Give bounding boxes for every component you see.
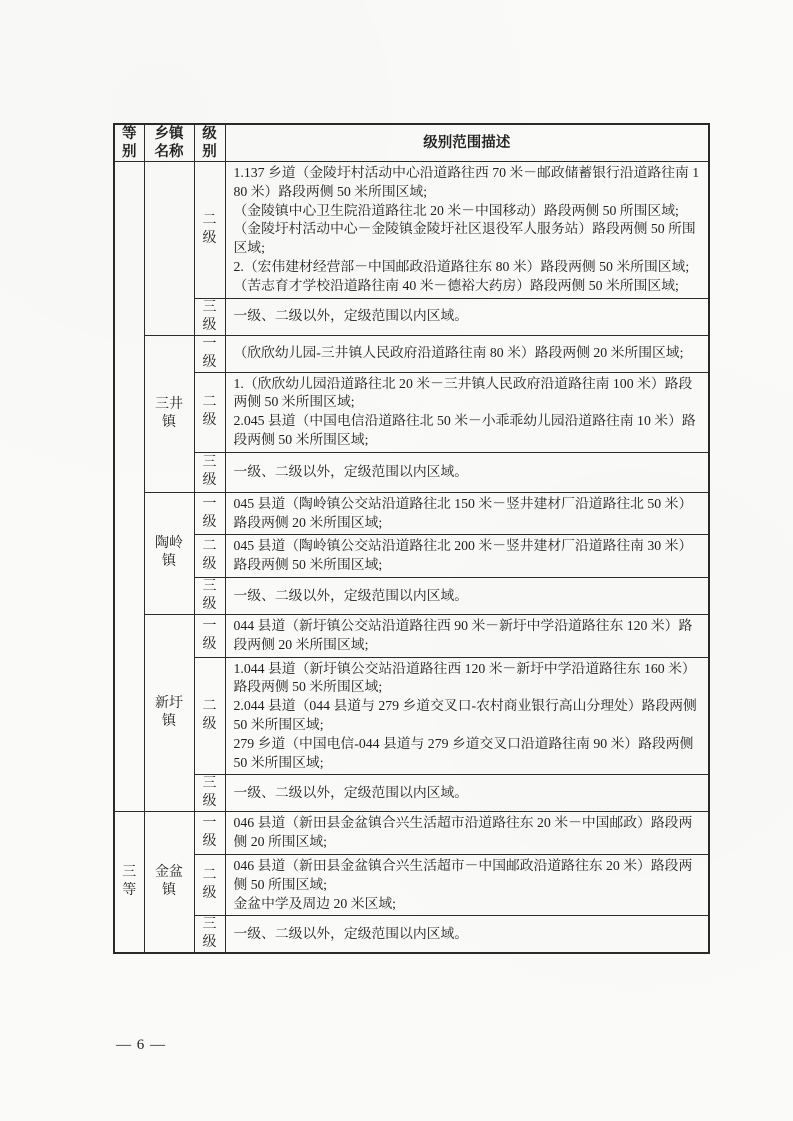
desc-cell: 046 县道（新田县金盆镇合兴生活超市－中国邮政沿道路往东 20 米）路段两侧 … <box>225 854 709 915</box>
level-cell: 三 级 <box>194 577 225 614</box>
town-cell-sanjing: 三井 镇 <box>144 335 194 492</box>
desc-cell: 一级、二级以外，定级范围以内区域。 <box>225 577 709 614</box>
level-cell: 三 级 <box>194 775 225 812</box>
town-cell-xinxu: 新圩 镇 <box>144 614 194 811</box>
level-cell: 一 级 <box>194 492 225 535</box>
grade-cell-sandeng: 三 等 <box>114 812 144 953</box>
level-cell: 一 级 <box>194 335 225 372</box>
desc-cell: 045 县道（陶岭镇公交站沿道路往北 150 米－竖井建材厂沿道路往北 50 米… <box>225 492 709 535</box>
desc-cell: 044 县道（新圩镇公交站沿道路往西 90 米－新圩中学沿道路往东 120 米）… <box>225 614 709 657</box>
town-cell-jinpen: 金盆 镇 <box>144 812 194 953</box>
level-cell: 二 级 <box>194 162 225 299</box>
table-row: 三 级 一级、二级以外，定级范围以内区域。 <box>114 577 709 614</box>
header-grade: 等 别 <box>114 124 144 162</box>
table-row: 三 级 一级、二级以外，定级范围以内区域。 <box>114 775 709 812</box>
table-row: 二 级 1.（欣欣幼儿园沿道路往北 20 米－三井镇人民政府沿道路往南 100 … <box>114 372 709 452</box>
level-cell: 二 级 <box>194 657 225 775</box>
grade-cell-blank <box>114 162 144 812</box>
level-cell: 二 级 <box>194 372 225 452</box>
desc-cell: （欣欣幼儿园-三井镇人民政府沿道路往南 80 米）路段两侧 20 米所围区域; <box>225 335 709 372</box>
level-cell: 三 级 <box>194 916 225 954</box>
table-row: 新圩 镇 一 级 044 县道（新圩镇公交站沿道路往西 90 米－新圩中学沿道路… <box>114 614 709 657</box>
scanned-page: 等 别 乡镇 名称 级 别 级别范围描述 二 级 1.137 乡道（金陵圩村活动… <box>0 0 793 1121</box>
header-level: 级 别 <box>194 124 225 162</box>
level-cell: 二 级 <box>194 535 225 578</box>
table-row: 二 级 045 县道（陶岭镇公交站沿道路往北 200 米－竖井建材厂沿道路往南 … <box>114 535 709 578</box>
header-desc: 级别范围描述 <box>225 124 709 162</box>
level-cell: 三 级 <box>194 298 225 335</box>
header-town: 乡镇 名称 <box>144 124 194 162</box>
level-cell: 一 级 <box>194 614 225 657</box>
table-row: 三 级 一级、二级以外，定级范围以内区域。 <box>114 298 709 335</box>
table-row: 二 级 1.044 县道（新圩镇公交站沿道路往西 120 米－新圩中学沿道路往东… <box>114 657 709 775</box>
desc-cell: 一级、二级以外，定级范围以内区域。 <box>225 775 709 812</box>
desc-cell: 1.（欣欣幼儿园沿道路往北 20 米－三井镇人民政府沿道路往南 100 米）路段… <box>225 372 709 452</box>
desc-cell: 045 县道（陶岭镇公交站沿道路往北 200 米－竖井建材厂沿道路往南 30 米… <box>225 535 709 578</box>
level-range-table: 等 别 乡镇 名称 级 别 级别范围描述 二 级 1.137 乡道（金陵圩村活动… <box>113 123 710 954</box>
desc-cell: 1.137 乡道（金陵圩村活动中心沿道路往西 70 米－邮政储蓄银行沿道路往南 … <box>225 162 709 299</box>
table-row: 二 级 1.137 乡道（金陵圩村活动中心沿道路往西 70 米－邮政储蓄银行沿道… <box>114 162 709 299</box>
table-row: 陶岭 镇 一 级 045 县道（陶岭镇公交站沿道路往北 150 米－竖井建材厂沿… <box>114 492 709 535</box>
desc-cell: 一级、二级以外，定级范围以内区域。 <box>225 452 709 492</box>
table-row: 三 级 一级、二级以外，定级范围以内区域。 <box>114 916 709 954</box>
desc-cell: 046 县道（新田县金盆镇合兴生活超市沿道路往东 20 米－中国邮政）路段两侧 … <box>225 812 709 855</box>
table-row: 二 级 046 县道（新田县金盆镇合兴生活超市－中国邮政沿道路往东 20 米）路… <box>114 854 709 915</box>
desc-cell: 一级、二级以外，定级范围以内区域。 <box>225 916 709 954</box>
desc-cell: 1.044 县道（新圩镇公交站沿道路往西 120 米－新圩中学沿道路往东 160… <box>225 657 709 775</box>
town-cell-taoling: 陶岭 镇 <box>144 492 194 614</box>
table-row: 三 级 一级、二级以外，定级范围以内区域。 <box>114 452 709 492</box>
table-row: 三井 镇 一 级 （欣欣幼儿园-三井镇人民政府沿道路往南 80 米）路段两侧 2… <box>114 335 709 372</box>
level-cell: 三 级 <box>194 452 225 492</box>
table-row: 三 等 金盆 镇 一 级 046 县道（新田县金盆镇合兴生活超市沿道路往东 20… <box>114 812 709 855</box>
desc-cell: 一级、二级以外，定级范围以内区域。 <box>225 298 709 335</box>
level-cell: 一 级 <box>194 812 225 855</box>
page-number: — 6 — <box>116 1037 166 1054</box>
level-cell: 二 级 <box>194 854 225 915</box>
town-cell-blank <box>144 162 194 336</box>
table-header-row: 等 别 乡镇 名称 级 别 级别范围描述 <box>114 124 709 162</box>
